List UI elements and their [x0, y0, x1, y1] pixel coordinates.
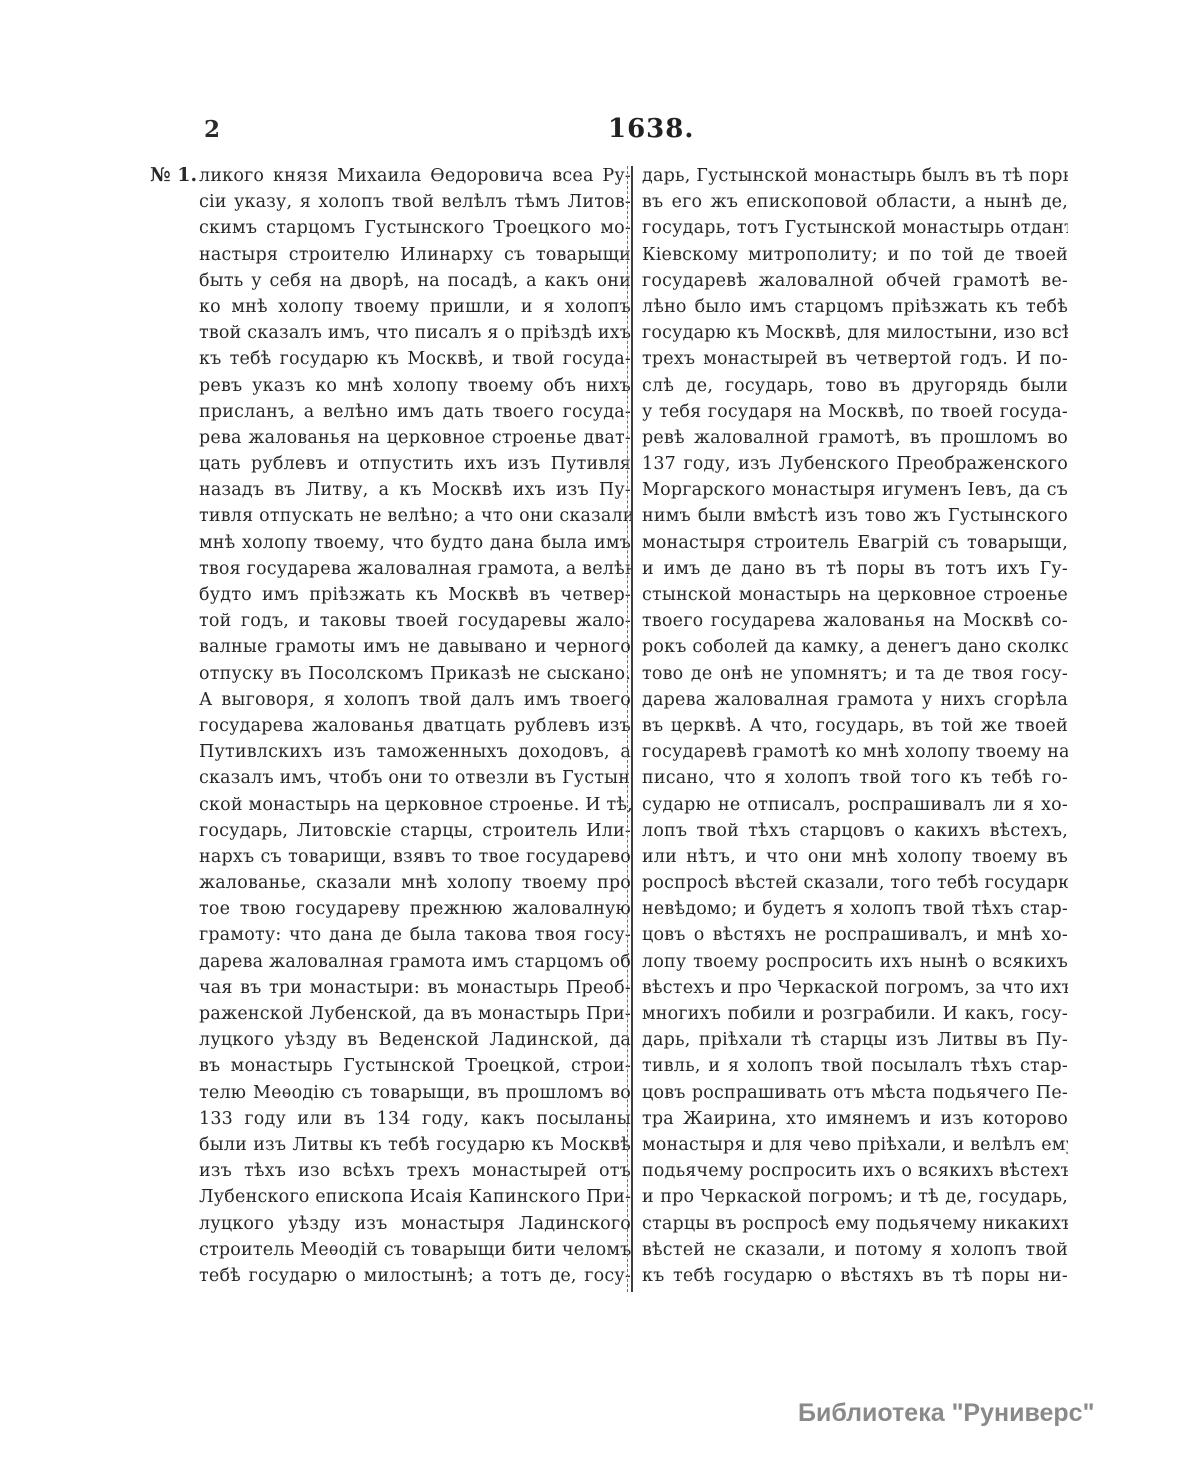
text-line: грамоту: что дана де была такова твоя го… [199, 922, 631, 948]
text-line: дарева жаловалная грамота имъ старцомъ о… [199, 949, 631, 975]
text-line: будто имъ пріѣзжать къ Москвѣ въ четвер- [199, 582, 631, 608]
text-line: ко мнѣ холопу твоему пришли, и я холопъ [199, 294, 631, 320]
text-line: нархъ съ товарищи, взявъ то твое государ… [199, 844, 631, 870]
text-line: дарь, пріѣхали тѣ старцы изъ Литвы въ Пу… [642, 1027, 1068, 1053]
text-line: сіи указу, я холопъ твой велѣлъ тѣмъ Лит… [199, 189, 631, 215]
text-line: чая въ три монастыри: въ монастырь Преоб… [199, 975, 631, 1001]
text-line: тово де онѣ не упомнятъ; и та де твоя го… [642, 661, 1068, 687]
text-line: телю Меѳодію съ товарыщи, въ прошломъ во [199, 1080, 631, 1106]
text-line: въ монастырь Густынской Троецкой, строи- [199, 1053, 631, 1079]
text-line: Моргарского монастыря игуменъ Іевъ, да с… [642, 477, 1068, 503]
text-line: у тебя государя на Москвѣ, по твоей госу… [642, 399, 1068, 425]
text-line: скимъ старцомъ Густынского Троецкого мо- [199, 215, 631, 241]
text-line: Путивлскихъ изъ таможенныхъ доходовъ, а [199, 739, 631, 765]
text-line: государева жалованья дватцать рублевъ из… [199, 713, 631, 739]
text-line: быть у себя на дворѣ, на посадѣ, а какъ … [199, 268, 631, 294]
text-line: къ тебѣ государю о вѣстяхъ въ тѣ поры ни… [642, 1263, 1068, 1289]
text-line: тивль, и я холопъ твой посылалъ тѣхъ ста… [642, 1053, 1068, 1079]
text-line: настыря строителю Илинарху съ товарыщи [199, 242, 631, 268]
text-line: и имъ де дано въ тѣ поры въ тотъ ихъ Гу- [642, 556, 1068, 582]
text-line: 133 году или въ 134 году, какъ посыланы [199, 1106, 631, 1132]
text-line: въ его жъ епископовой области, а нынѣ де… [642, 189, 1068, 215]
text-line: изъ тѣхъ изо всѣхъ трехъ монастырей отъ [199, 1158, 631, 1184]
text-line: ревъ указъ ко мнѣ холопу твоему объ нихъ [199, 373, 631, 399]
text-line: ревѣ жаловалной грамотѣ, въ прошломъ во [642, 425, 1068, 451]
text-line: лопъ твой тѣхъ старцовъ о какихъ вѣстехъ… [642, 818, 1068, 844]
text-line: твоего государева жалованья на Москвѣ со… [642, 608, 1068, 634]
text-line: государь, Литовскіе старцы, строитель Ил… [199, 818, 631, 844]
text-line: твоя государева жаловалная грамота, а ве… [199, 556, 631, 582]
text-line: цовъ о вѣстяхъ не роспрашивалъ, и мнѣ хо… [642, 922, 1068, 948]
text-line: или нѣтъ, и что они мнѣ холопу твоему въ [642, 844, 1068, 870]
text-line: подьячему роспросить ихъ о всякихъ вѣсте… [642, 1158, 1068, 1184]
text-line: 137 году, изъ Лубенского Преображенского [642, 451, 1068, 477]
text-line: и про Черкаской погромъ; и тѣ де, госуда… [642, 1184, 1068, 1210]
text-line: тебѣ государю о милостынѣ; а тотъ де, го… [199, 1263, 631, 1289]
text-line: вѣстей не сказали, и потому я холопъ тво… [642, 1237, 1068, 1263]
text-line: цовъ роспрашивать отъ мѣста подьячего Пе… [642, 1080, 1068, 1106]
column-divider-rule [627, 166, 633, 1292]
text-line: цать рублевъ и отпустить ихъ изъ Путивля [199, 451, 631, 477]
text-line: дарь, Густынской монастырь былъ въ тѣ по… [642, 163, 1068, 189]
text-line: тра Жаирина, хто имянемъ и изъ которово [642, 1106, 1068, 1132]
text-line: сударю не отписалъ, роспрашивалъ ли я хо… [642, 792, 1068, 818]
text-line: ской монастырь на церковное строенье. И … [199, 792, 631, 818]
text-line: ликого князя Михаила Ѳедоровича всеа Ру- [199, 163, 631, 189]
text-line: отпуску въ Посолскомъ Приказѣ не сыскано… [199, 661, 631, 687]
text-line: дарева жаловалная грамота у нихъ сгорѣла [642, 687, 1068, 713]
text-line: тивля отпускать не велѣно; а что они ска… [199, 503, 631, 529]
text-line: луцкого уѣзду изъ монастыря Ладинского [199, 1211, 631, 1237]
document-number-margin-note: № 1. [150, 164, 197, 186]
text-line: государевѣ жаловалной обчей грамотѣ ве- [642, 268, 1068, 294]
text-line: многихъ побили и розграбили. И какъ, гос… [642, 1001, 1068, 1027]
text-line: лопу твоему роспросить ихъ нынѣ о всяких… [642, 949, 1068, 975]
text-line: монастыря и для чево пріѣхали, и велѣлъ … [642, 1132, 1068, 1158]
text-line: раженской Лубенской, да въ монастырь При… [199, 1001, 631, 1027]
text-line: вѣстехъ и про Черкаской погромъ, за что … [642, 975, 1068, 1001]
text-line: присланъ, а велѣно имъ дать твоего госуд… [199, 399, 631, 425]
text-line: были изъ Литвы къ тебѣ государю къ Москв… [199, 1132, 631, 1158]
text-line: въ церквѣ. А что, государь, въ той же тв… [642, 713, 1068, 739]
text-line: тое твою государеву прежнюю жаловалную [199, 896, 631, 922]
page-number: 2 [204, 116, 220, 143]
text-line: сказалъ имъ, чтобъ они то отвезли въ Гус… [199, 765, 631, 791]
scanned-book-page: 2 1638. № 1. ликого князя Михаила Ѳедоро… [0, 0, 1200, 1473]
text-line: Кіевскому митрополиту; и по той де твоей [642, 242, 1068, 268]
library-watermark: Библиотека "Руниверс" [798, 1399, 1094, 1428]
text-line: рокъ соболей да камку, а денегъ дано ско… [642, 634, 1068, 660]
text-line: рева жалованья на церковное строенье два… [199, 425, 631, 451]
text-line: государю къ Москвѣ, для милостыни, изо в… [642, 320, 1068, 346]
text-line: назадъ въ Литву, а къ Москвѣ ихъ изъ Пу- [199, 477, 631, 503]
text-line: Лубенского епископа Исаія Капинского При… [199, 1184, 631, 1210]
text-line: строитель Меѳодій съ товарыщи бити челом… [199, 1237, 631, 1263]
text-line: луцкого уѣзду въ Веденской Ладинской, да [199, 1027, 631, 1053]
text-line: роспросѣ вѣстей сказали, того тебѣ госуд… [642, 870, 1068, 896]
text-line: невѣдомо; и будетъ я холопъ твой тѣхъ ст… [642, 896, 1068, 922]
text-line: лѣно было имъ старцомъ пріѣзжать къ тебѣ [642, 294, 1068, 320]
text-line: валные грамоты имъ не давывано и черного [199, 634, 631, 660]
text-line: той годъ, и таковы твоей государевы жало… [199, 608, 631, 634]
text-line: жалованье, сказали мнѣ холопу твоему про [199, 870, 631, 896]
year-heading: 1638. [608, 114, 694, 144]
text-line: старцы въ роспросѣ ему подьячему никаких… [642, 1211, 1068, 1237]
text-line: государь, тотъ Густынской монастырь отда… [642, 215, 1068, 241]
text-line: государевѣ грамотѣ ко мнѣ холопу твоему … [642, 739, 1068, 765]
text-line: писано, что я холопъ твой того къ тебѣ г… [642, 765, 1068, 791]
text-line: трехъ монастырей въ четвертой годъ. И по… [642, 346, 1068, 372]
text-line: мнѣ холопу твоему, что будто дана была и… [199, 530, 631, 556]
text-line: А выговоря, я холопъ твой далъ имъ твоег… [199, 687, 631, 713]
text-line: слѣ де, государь, тово въ другорядь были [642, 373, 1068, 399]
text-line: нимъ были вмѣстѣ изъ тово жъ Густынского [642, 503, 1068, 529]
text-line: монастыря строитель Евагрій съ товарыщи, [642, 530, 1068, 556]
text-column-left: ликого князя Михаила Ѳедоровича всеа Ру-… [199, 163, 631, 1289]
text-line: стынской монастырь на церковное строенье [642, 582, 1068, 608]
text-line: къ тебѣ государю къ Москвѣ, и твой госуд… [199, 346, 631, 372]
text-line: твой сказалъ имъ, что писалъ я о пріѣздѣ… [199, 320, 631, 346]
text-column-right: дарь, Густынской монастырь былъ въ тѣ по… [642, 163, 1068, 1289]
